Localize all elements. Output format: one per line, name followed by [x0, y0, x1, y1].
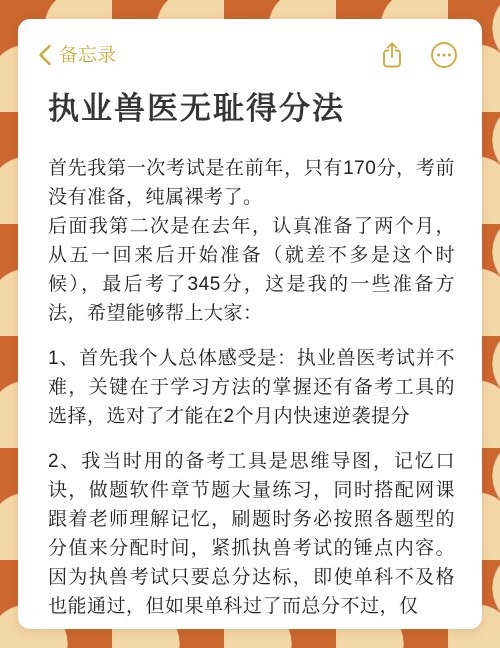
note-title[interactable]: 执业兽医无耻得分法 — [48, 90, 454, 127]
share-button[interactable] — [380, 41, 404, 69]
note-paragraph: 2、我当时用的备考工具是思维导图，记忆口诀，做题软件章节题大量练习，同时搭配网课… — [48, 447, 455, 621]
nav-bar: 备忘录 — [18, 19, 482, 70]
more-button[interactable] — [430, 41, 458, 69]
note-body-text[interactable]: 首先我第一次考试是在前年，只有170分，考前没有准备，纯属裸考了。 后面我第二次… — [48, 154, 455, 621]
note-paragraph: 1、首先我个人总体感受是：执业兽医考试并不难，关键在于学习方法的掌握还有备考工具… — [48, 344, 455, 431]
note-paragraph: 后面我第二次是在去年，认真准备了两个月，从五一回来后开始准备（就差不多是这个时候… — [48, 212, 455, 328]
note-paragraph: 首先我第一次考试是在前年，只有170分，考前没有准备，纯属裸考了。 — [48, 154, 455, 212]
ellipsis-circle-icon — [430, 41, 458, 69]
back-button-label: 备忘录 — [59, 46, 116, 65]
share-icon — [380, 41, 404, 69]
note-card: 备忘录 执业兽医无耻得分法 首 — [18, 19, 482, 629]
chevron-left-icon — [38, 44, 52, 66]
patterned-background: { "nav": { "back_label": "备忘录", "icons":… — [0, 0, 500, 648]
back-button[interactable]: 备忘录 — [38, 44, 116, 66]
